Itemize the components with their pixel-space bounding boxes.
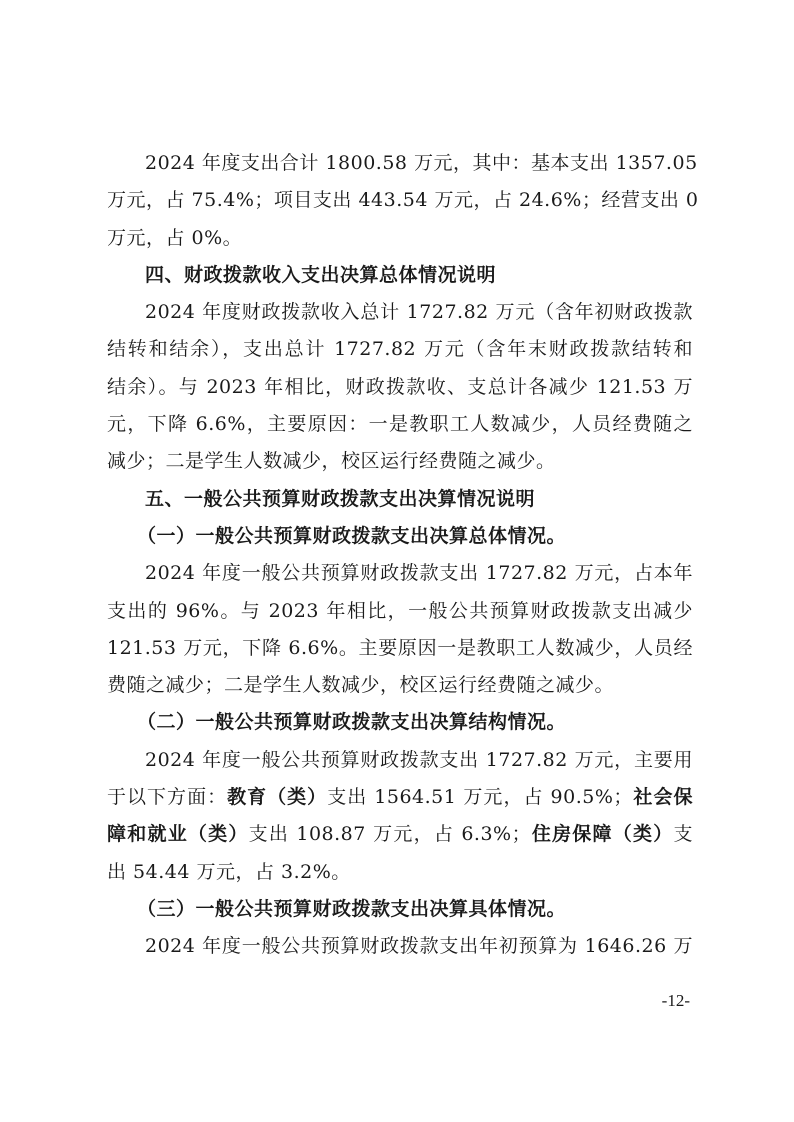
paragraph-line: 于以下方面：教育（类）支出 1564.51 万元，占 90.5%；社会保 — [107, 779, 693, 816]
text-run: 于以下方面： — [107, 786, 227, 808]
paragraph-line: 出 54.44 万元，占 3.2%。 — [107, 854, 693, 891]
subsection-heading-2: （二）一般公共预算财政拨款支出决算结构情况。 — [107, 704, 693, 741]
paragraph-line: 支出的 96%。与 2023 年相比，一般公共预算财政拨款支出减少 — [107, 593, 693, 630]
document-page: 2024 年度支出合计 1800.58 万元，其中：基本支出 1357.05 万… — [107, 145, 693, 966]
paragraph-line: 结转和结余），支出总计 1727.82 万元（含年末财政拨款结转和 — [107, 331, 693, 368]
paragraph-line: 减少；二是学生人数减少，校区运行经费随之减少。 — [107, 443, 693, 480]
paragraph-total-expenditure: 2024 年度支出合计 1800.58 万元，其中：基本支出 1357.05 — [107, 145, 693, 182]
category-social-security: 社会保 — [633, 786, 693, 808]
paragraph-line: 费随之减少；二是学生人数减少，校区运行经费随之减少。 — [107, 667, 693, 704]
paragraph-line: 元，下降 6.6%，主要原因：一是教职工人数减少，人员经费随之 — [107, 406, 693, 443]
paragraph-fiscal-allocation: 2024 年度财政拨款收入总计 1727.82 万元（含年初财政拨款 — [107, 294, 693, 331]
section-heading-4: 四、财政拨款收入支出决算总体情况说明 — [107, 257, 693, 294]
paragraph-line: 结余）。与 2023 年相比，财政拨款收、支总计各减少 121.53 万 — [107, 369, 693, 406]
subsection-heading-1: （一）一般公共预算财政拨款支出决算总体情况。 — [107, 518, 693, 555]
category-social-security-cont: 障和就业（类） — [107, 823, 249, 845]
paragraph-general-budget-detail: 2024 年度一般公共预算财政拨款支出年初预算为 1646.26 万 — [107, 928, 693, 965]
subsection-heading-3: （三）一般公共预算财政拨款支出决算具体情况。 — [107, 891, 693, 928]
paragraph-line: 障和就业（类）支出 108.87 万元，占 6.3%；住房保障（类）支 — [107, 816, 693, 853]
paragraph-line: 121.53 万元，下降 6.6%。主要原因一是教职工人数减少，人员经 — [107, 630, 693, 667]
paragraph-line: 万元，占 0%。 — [107, 220, 693, 257]
category-housing: 住房保障（类） — [531, 823, 673, 845]
text-run: 支出 108.87 万元，占 6.3%； — [249, 823, 531, 845]
page-number: -12- — [662, 991, 690, 1011]
paragraph-general-budget-overall: 2024 年度一般公共预算财政拨款支出 1727.82 万元，占本年 — [107, 555, 693, 592]
text-run: 支出 1564.51 万元，占 90.5%； — [327, 786, 633, 808]
paragraph-general-budget-structure: 2024 年度一般公共预算财政拨款支出 1727.82 万元，主要用 — [107, 742, 693, 779]
category-education: 教育（类） — [227, 786, 327, 808]
section-heading-5: 五、一般公共预算财政拨款支出决算情况说明 — [107, 481, 693, 518]
text-run: 支 — [673, 823, 693, 845]
paragraph-line: 万元，占 75.4%；项目支出 443.54 万元，占 24.6%；经营支出 0 — [107, 182, 693, 219]
